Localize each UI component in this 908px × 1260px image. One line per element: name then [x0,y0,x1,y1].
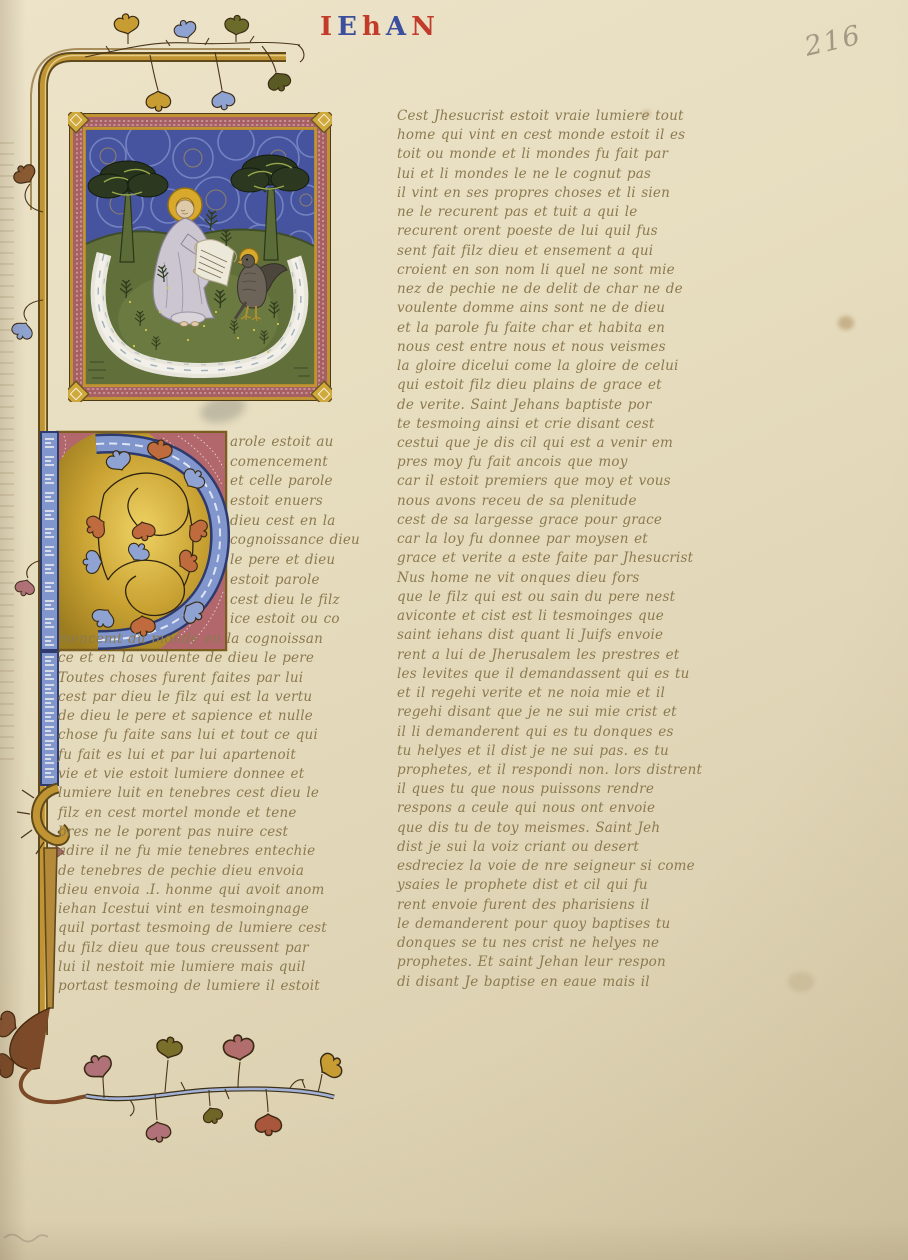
text-line: dieu envoia .I. honme qui avoit anom [58,881,394,900]
text-line: pres moy fu fait ancois que moy [397,453,731,472]
text-line: le pere et dieu [230,551,394,571]
text-line: grace et verite a este faite par Jhesucr… [397,549,731,568]
text-line: esdreciez la voie de nre seigneur si com… [397,857,731,876]
bar-leaf [13,577,36,598]
bottom-vine [0,1008,347,1144]
text-line: regehi disant que je ne sui mie crist et [397,703,731,722]
bar-leaf [10,160,40,189]
text-line: cest de sa largesse grace pour grace [397,511,731,530]
text-line: te tesmoing ainsi et crie disant cest [397,415,731,434]
text-line: voulente domme ains sont ne de dieu [397,299,731,318]
text-line: comencement [230,453,394,473]
text-line: sent fait filz dieu et ensement a qui [397,242,731,261]
text-line: tu helyes et il dist je ne sui pas. es t… [397,742,731,761]
text-line: vie et vie estoit lumiere donnee et [58,765,394,784]
manuscript-page: { "page": { "kind": "illuminated manuscr… [0,0,908,1260]
text-line: qui estoit filz dieu plains de grace et [397,376,731,395]
text-line: de tenebres de pechie dieu envoia [58,862,394,881]
text-line: que le filz qui est ou sain du pere nest [397,588,731,607]
text-line: arole estoit au [230,433,394,453]
text-line: que dis tu de toy meismes. Saint Jeh [397,819,731,838]
text-line: Cest Jhesucrist estoit vraie lumiere tou… [397,107,731,126]
text-line: les levites que il demandassent qui es t… [397,665,731,684]
text-line: et celle parole [230,472,394,492]
text-line: cest dieu le filz [230,591,394,611]
text-line: ce et en la voulente de dieu le pere [58,649,394,668]
text-line: rent a lui de Jherusalem les prestres et [397,646,731,665]
text-line: di disant Je baptise en eaue mais il [397,973,731,992]
text-column-1-narrow: arole estoit aucomencementet celle parol… [230,433,394,630]
initial-letter-P [38,430,230,654]
text-line: croient en son nom li quel ne sont mie [397,261,731,280]
text-line: donques se tu nes crist ne helyes ne [397,934,731,953]
text-line: Nus home ne vit onques dieu fors [397,569,731,588]
text-line: nous cest entre nous et nous veismes [397,338,731,357]
text-line: estoit parole [230,571,394,591]
text-line: et la parole fu faite char et habita en [397,319,731,338]
text-line: il vint en ses propres choses et li sien [397,184,731,203]
text-line: cest par dieu le filz qui est la vertu [58,688,394,707]
bar-leaf [9,319,36,344]
text-line: toit ou monde et li mondes fu fait par [397,145,731,164]
pencil-mark [4,1235,48,1242]
text-line: bres ne le porent pas nuire cest [58,823,394,842]
text-line: filz en cest mortel monde et tene [58,804,394,823]
text-line: respons a ceule qui nous ont envoie [397,799,731,818]
text-column-2: Cest Jhesucrist estoit vraie lumiere tou… [397,107,731,992]
text-line: chose fu faite sans lui et tout ce qui [58,726,394,745]
text-line: la gloire dicelui come la gloire de celu… [397,357,731,376]
text-line: cestui que je dis cil qui est a venir em [397,434,731,453]
text-line: estoit enuers [230,492,394,512]
text-line: car il estoit premiers que moy et vous [397,472,731,491]
text-line: lui il nestoit mie lumiere mais quil [58,958,394,977]
text-line: car la loy fu donnee par moysen et [397,530,731,549]
text-line: de dieu le pere et sapience et nulle [58,707,394,726]
text-line: saint iehans dist quant li Juifs envoie [397,626,731,645]
text-line: recurent orent poeste de lui quil fus [397,222,731,241]
text-line: lui et li mondes le ne le cognut pas [397,165,731,184]
text-line: adire il ne fu mie tenebres entechie [58,842,394,861]
text-line: prophetes, et il respondi non. lors dist… [397,761,731,780]
text-line: dist je sui la voiz criant ou desert [397,838,731,857]
text-line: lumiere luit en tenebres cest dieu le [58,784,394,803]
text-line: dieu cest en la [230,512,394,532]
text-line: quil portast tesmoing de lumiere cest [58,919,394,938]
text-line: portast tesmoing de lumiere il estoit [58,977,394,996]
text-line: prophetes. Et saint Jehan leur respon [397,953,731,972]
text-line: cognoissance dieu [230,531,394,551]
text-line: mencemt du monde en la cognoissan [58,630,394,649]
miniature [68,112,332,402]
text-line: aviconte et cist est li tesmoinges que [397,607,731,626]
text-line: rent envoie furent des pharisiens il [397,896,731,915]
text-line: home qui vint en cest monde estoit il es [397,126,731,145]
text-line: iehan Icestui vint en tesmoingnage [58,900,394,919]
text-line: nous avons receu de sa plenitude [397,492,731,511]
text-line: et il regehi verite et ne noia mie et il [397,684,731,703]
text-line: ice estoit ou co [230,610,394,630]
text-line: il li demanderent qui es tu donques es [397,723,731,742]
text-line: il ques tu que nous puissons rendre [397,780,731,799]
text-line: ysaies le prophete dist et cil qui fu [397,876,731,895]
text-line: fu fait es lui et par lui apartenoit [58,746,394,765]
text-line: du filz dieu que tous creussent par [58,939,394,958]
text-line: Toutes choses furent faites par lui [58,669,394,688]
text-line: nez de pechie ne de delit de char ne de [397,280,731,299]
text-line: ne le recurent pas et tuit a qui le [397,203,731,222]
text-line: le demanderent pour quoy baptises tu [397,915,731,934]
text-line: de verite. Saint Jehans baptiste por [397,396,731,415]
text-column-1-wide: mencemt du monde en la cognoissance et e… [58,630,394,997]
